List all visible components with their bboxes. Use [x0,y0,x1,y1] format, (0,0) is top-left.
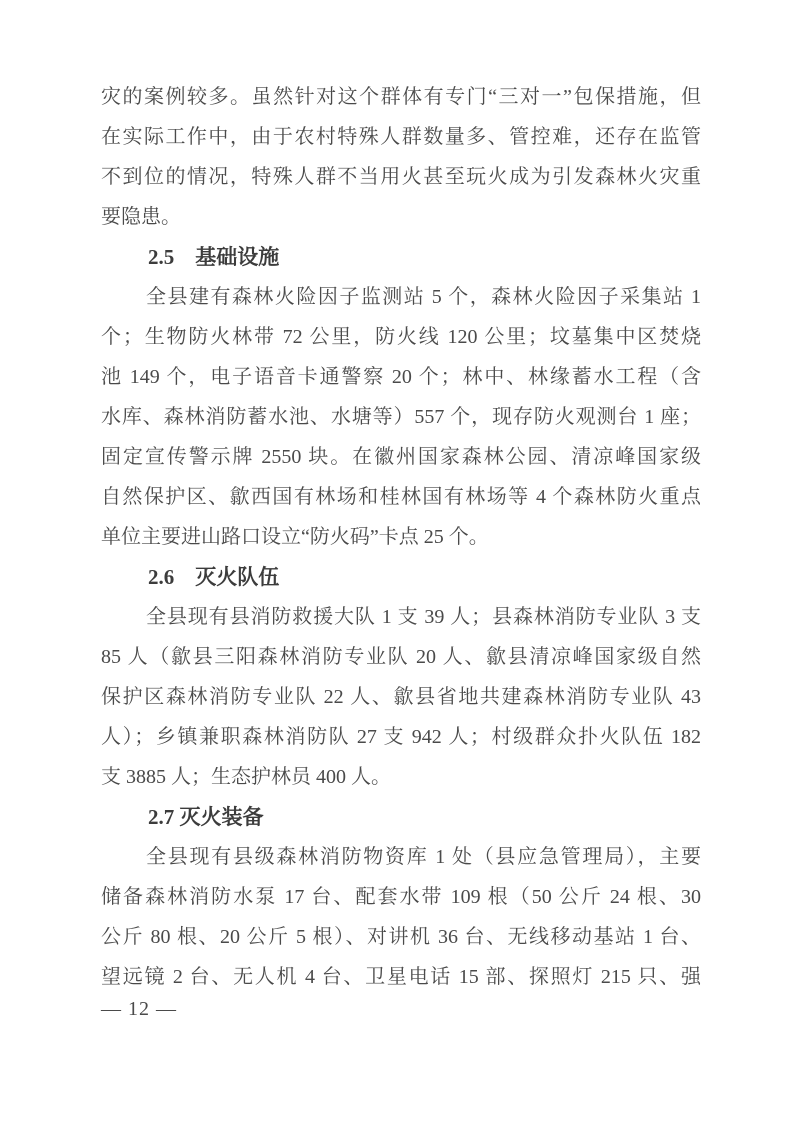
text-line: 池 149 个，电子语音卡通警察 20 个；林中、林缘蓄水工程（含 [101,357,701,397]
text-line: 85 人（歙县三阳森林消防专业队 20 人、歙县清凉峰国家级自然 [101,637,701,677]
text-line: 全县现有县级森林消防物资库 1 处（县应急管理局），主要 [101,837,701,877]
text-line: 公斤 80 根、20 公斤 5 根）、对讲机 36 台、无线移动基站 1 台、 [101,917,701,957]
text-line: 灾的案例较多。虽然针对这个群体有专门“三对一”包保措施，但 [101,77,701,117]
text-line: 在实际工作中，由于农村特殊人群数量多、管控难，还存在监管 [101,117,701,157]
document-page: 灾的案例较多。虽然针对这个群体有专门“三对一”包保措施，但 在实际工作中，由于农… [0,0,793,1121]
text-line: 固定宣传警示牌 2550 块。在徽州国家森林公园、清凉峰国家级 [101,437,701,477]
section-heading-2-5-infrastructure: 2.5 基础设施 [101,237,701,277]
text-line: 人）；乡镇兼职森林消防队 27 支 942 人；村级群众扑火队伍 182 [101,717,701,757]
text-line: 水库、森林消防蓄水池、水塘等）557 个，现存防火观测台 1 座； [101,397,701,437]
text-line: 自然保护区、歙西国有林场和桂林国有林场等 4 个森林防火重点 [101,477,701,517]
paragraph-special-groups: 灾的案例较多。虽然针对这个群体有专门“三对一”包保措施，但 在实际工作中，由于农… [101,77,701,237]
paragraph-infrastructure: 全县建有森林火险因子监测站 5 个，森林火险因子采集站 1 个；生物防火林带 7… [101,277,701,557]
text-line: 单位主要进山路口设立“防火码”卡点 25 个。 [101,517,701,557]
page-body: 灾的案例较多。虽然针对这个群体有专门“三对一”包保措施，但 在实际工作中，由于农… [101,77,701,1021]
text-line: 不到位的情况，特殊人群不当用火甚至玩火成为引发森林火灾重 [101,157,701,197]
text-line: 支 3885 人；生态护林员 400 人。 [101,757,701,797]
section-heading-2-6-firefighting-teams: 2.6 灭火队伍 [101,557,701,597]
text-line: 全县建有森林火险因子监测站 5 个，森林火险因子采集站 1 [101,277,701,317]
paragraph-firefighting-teams: 全县现有县消防救援大队 1 支 39 人；县森林消防专业队 3 支 85 人（歙… [101,597,701,797]
section-heading-2-7-firefighting-equipment: 2.7 灭火装备 [101,797,701,837]
text-line: 望远镜 2 台、无人机 4 台、卫星电话 15 部、探照灯 215 只、强 [101,957,701,997]
text-line: 个；生物防火林带 72 公里，防火线 120 公里；坟墓集中区焚烧 [101,317,701,357]
text-line: 保护区森林消防专业队 22 人、歙县省地共建森林消防专业队 43 [101,677,701,717]
text-line: 全县现有县消防救援大队 1 支 39 人；县森林消防专业队 3 支 [101,597,701,637]
text-line: 要隐患。 [101,197,701,237]
page-number: — 12 — [101,997,701,1021]
text-line: 储备森林消防水泵 17 台、配套水带 109 根（50 公斤 24 根、30 [101,877,701,917]
paragraph-firefighting-equipment: 全县现有县级森林消防物资库 1 处（县应急管理局），主要 储备森林消防水泵 17… [101,837,701,997]
